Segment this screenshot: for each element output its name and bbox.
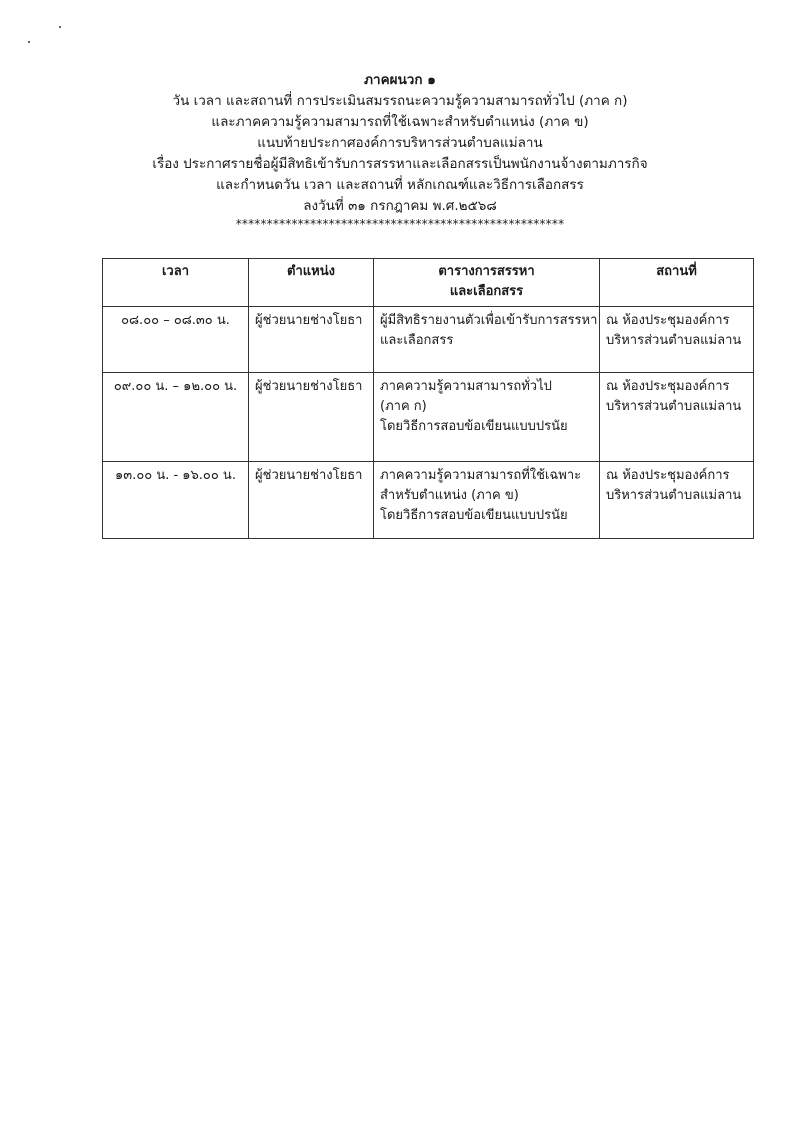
schedule-cell: ภาคความรู้ความสามารถทั่วไป (ภาค ก) โดยวิ… (374, 373, 600, 462)
table-row: ๐๘.๐๐ – ๐๘.๓๐ น. ผู้ช่วยนายช่างโยธา ผู้ม… (103, 307, 754, 373)
time-cell: ๑๓.๐๐ น. - ๑๖.๐๐ น. (103, 462, 249, 539)
venue-cell: ณ ห้องประชุมองค์การ บริหารส่วนตำบลแม่ลาน (600, 307, 754, 373)
table-header-row: เวลา ตำแหน่ง ตารางการสรรหาและเลือกสรร สถ… (103, 259, 754, 307)
venue-cell: ณ ห้องประชุมองค์การ บริหารส่วนตำบลแม่ลาน (600, 462, 754, 539)
time-cell: ๐๘.๐๐ – ๐๘.๓๐ น. (103, 307, 249, 373)
appendix-title: ภาคผนวก ๑ (0, 70, 800, 91)
heading-line-2: และภาคความรู้ความสามารถที่ใช้เฉพาะสำหรับ… (0, 112, 800, 133)
column-header-venue: สถานที่ (600, 259, 754, 307)
position-cell: ผู้ช่วยนายช่างโยธา (249, 307, 374, 373)
column-header-time: เวลา (103, 259, 249, 307)
position-cell: ผู้ช่วยนายช่างโยธา (249, 373, 374, 462)
document-heading: ภาคผนวก ๑ วัน เวลา และสถานที่ การประเมิน… (0, 70, 800, 231)
separator-line: ****************************************… (0, 217, 800, 231)
time-cell: ๐๙.๐๐ น. – ๑๒.๐๐ น. (103, 373, 249, 462)
scan-speck (28, 41, 30, 43)
heading-line-5: และกำหนดวัน เวลา และสถานที่ หลักเกณฑ์และ… (0, 175, 800, 196)
heading-line-3: แนบท้ายประกาศองค์การบริหารส่วนตำบลแม่ลาน (0, 133, 800, 154)
table-row: ๐๙.๐๐ น. – ๑๒.๐๐ น. ผู้ช่วยนายช่างโยธา ภ… (103, 373, 754, 462)
scan-speck (59, 26, 61, 28)
venue-cell: ณ ห้องประชุมองค์การ บริหารส่วนตำบลแม่ลาน (600, 373, 754, 462)
column-header-schedule: ตารางการสรรหาและเลือกสรร (374, 259, 600, 307)
schedule-cell: ภาคความรู้ความสามารถที่ใช้เฉพาะ สำหรับตำ… (374, 462, 600, 539)
schedule-table: เวลา ตำแหน่ง ตารางการสรรหาและเลือกสรร สถ… (102, 258, 754, 539)
heading-date: ลงวันที่ ๓๑ กรกฎาคม พ.ศ.๒๕๖๘ (0, 196, 800, 217)
schedule-cell: ผู้มีสิทธิรายงานตัวเพื่อเข้ารับการสรรหา … (374, 307, 600, 373)
position-cell: ผู้ช่วยนายช่างโยธา (249, 462, 374, 539)
table-row: ๑๓.๐๐ น. - ๑๖.๐๐ น. ผู้ช่วยนายช่างโยธา ภ… (103, 462, 754, 539)
column-header-position: ตำแหน่ง (249, 259, 374, 307)
heading-line-4: เรื่อง ประกาศรายชื่อผู้มีสิทธิเข้ารับการ… (0, 154, 800, 175)
heading-line-1: วัน เวลา และสถานที่ การประเมินสมรรถนะควา… (0, 91, 800, 112)
